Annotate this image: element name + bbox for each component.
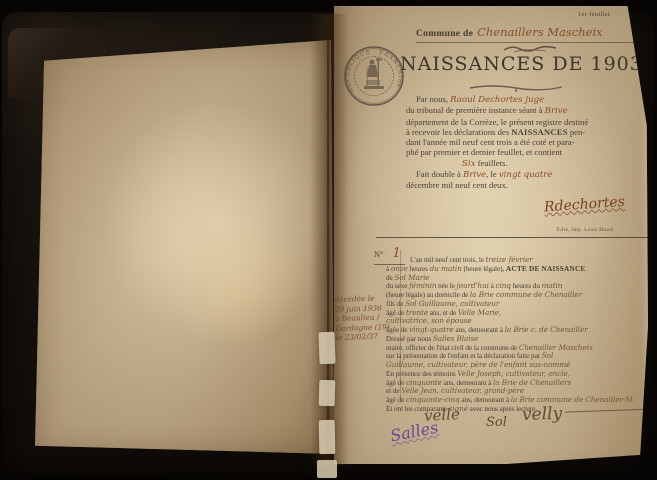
right-page: 1er feuillet Commune de Chenaillers Masc… [334,6,648,464]
printed-text: âgé de [386,395,406,404]
printed-text: phé par premier et dernier feuillet, et … [406,147,562,157]
printed-text: du tribunal de première instance séant à [406,105,545,115]
form-line: Fait double à Brive, le vingt quatre [406,169,648,180]
book-photo: 1er feuillet Commune de Chenaillers Masc… [0,0,657,480]
title-underline-flourish-icon [468,83,564,93]
numero-label: N° [374,249,384,259]
seated-marianne-figure [364,58,384,89]
printed-text: (heure légale) au domicile de [386,290,470,299]
printed-text: décembre mil neuf cent deux. [406,180,508,190]
handwritten-entry: jourd'hui [457,281,489,290]
folio-label: 1er feuillet [578,11,610,18]
printed-text: pen- [568,127,585,137]
handwritten-entry: cinquante-cinq [406,395,460,404]
printed-text: Par nous, [416,94,450,104]
margin-death-annotation: décédée le29 juin 1936à Beaulieu /Dordog… [334,293,398,343]
form-line: phé par premier et dernier feuillet, et … [406,147,648,157]
printed-text: du sexe [386,281,409,290]
handwritten-entry: cinquante [406,378,442,387]
commune-label: Commune de [416,29,473,39]
form-line: du tribunal de première instance séant à… [406,105,648,116]
printed-text: maire, officier de l'état civil de la co… [386,343,519,352]
handwritten-entry: onze [391,264,408,273]
handwritten-entry: Velle Joseph, cultivateur, oncle, [457,369,570,378]
handwritten-entry: Six [462,159,475,169]
handwritten-entry: Guillaume, cultivateur, père de l'enfant… [386,360,570,369]
handwritten-entry: la Brie commune de Chenailler [470,290,582,299]
preamble-paragraph: Par nous, Raoul Dechortes jugedu tribuna… [406,94,648,191]
signature-velly: velly [522,401,644,425]
form-line: département de la Corrèze, le présent re… [406,117,648,127]
form-line: Par nous, Raoul Dechortes juge [406,94,648,105]
signature-sol: Sol [486,415,507,430]
handwritten-entry: Brive [545,106,568,116]
printed-text: En présence des témoins [386,369,457,378]
commune-value-handwritten: Chenaillers Mascheix [477,25,603,39]
printed-text: ans, demeurant à [460,395,511,404]
printed-text: et de [386,386,401,395]
handwritten-entry: la Brie c. de Chenailler [505,325,588,334]
handwritten-entry: treize février [486,255,533,264]
handwritten-entry: la Brie de Chenaillers [493,378,571,387]
handwritten-entry: matin [542,281,563,290]
handwritten-entry: vingt quatre [499,170,553,180]
section-rule [376,237,648,238]
handwritten-entry: cultivatrice, son épouse [386,316,472,325]
handwritten-entry: Brive [463,170,486,180]
form-line: à recevoir les déclarations des NAISSANC… [406,127,648,137]
left-page-blank [32,40,334,454]
handwritten-entry: Sol Guillaume, cultivateur [405,299,499,308]
page-title: NAISSANCES DE 1903 [400,53,642,75]
handwritten-entry: Raoul Dechortes juge [450,95,544,105]
printed-text: NAISSANCES [511,127,567,137]
printed-text: (heure légale), [462,264,506,273]
printed-text: heures du [511,281,542,290]
printed-text: ans, demeurant à [442,378,493,387]
printed-text: ans, demeurant à [454,325,505,334]
printed-text: à recevoir les déclarations des [406,127,511,137]
mayor-signature-purple: Salles [389,418,440,446]
form-line: dant l'année mil neuf cent trois a été c… [406,137,648,147]
handwritten-entry: Velle Marie, [458,308,501,317]
printed-text: Fait double à [416,169,463,179]
handwritten-entry: Sol [542,351,553,360]
handwritten-entry: du matin [430,264,462,273]
commune-line: Commune de Chenaillers Mascheix [416,23,640,43]
printed-text: née le [436,281,456,290]
form-line: décembre mil neuf cent deux. [406,180,648,190]
handwritten-entry: cinq [495,281,510,290]
printed-text: heures [408,264,430,273]
republique-francaise-seal-icon: RÉPUBLIQUE FRANÇAISE [342,44,406,108]
printed-text: ACTE DE NAISSANCE [506,264,586,273]
judge-signature: Rdechortes [544,193,645,216]
seal-text-right: FRANÇAISE [379,50,403,90]
printed-text: dant l'année mil neuf cent trois a été c… [406,137,575,147]
printer-imprint: Tulle, Imp. Louis Mazel [556,228,614,233]
printed-text: , le [486,169,499,179]
form-line: Six feuillets. [406,158,648,169]
printed-text: âgé de [386,378,406,387]
handwritten-entry: Sol Marie [394,273,429,282]
acte-de-naissance-body: L'an mil neuf cent trois, le treize févr… [386,256,644,414]
printed-text: L'an mil neuf cent trois, le [410,255,486,264]
handwritten-entry: Salles Blaise [433,334,479,343]
printed-text: sur la présentation de l'enfant et la dé… [386,351,542,360]
handwritten-entry: vingt-quatre [409,325,453,334]
printed-text: feuillets. [475,158,507,168]
printed-text: département de la Corrèze, le présent re… [406,117,588,127]
handwritten-entry: féminin [409,281,436,290]
handwritten-entry: Chenailler Mascheix [519,343,593,352]
svg-text:FRANÇAISE: FRANÇAISE [379,50,403,90]
handwritten-entry: trente [406,308,428,317]
printed-text: ans, et de [428,308,458,317]
handwritten-entry: Velle Jean, cultivateur, grand-père [401,386,524,395]
